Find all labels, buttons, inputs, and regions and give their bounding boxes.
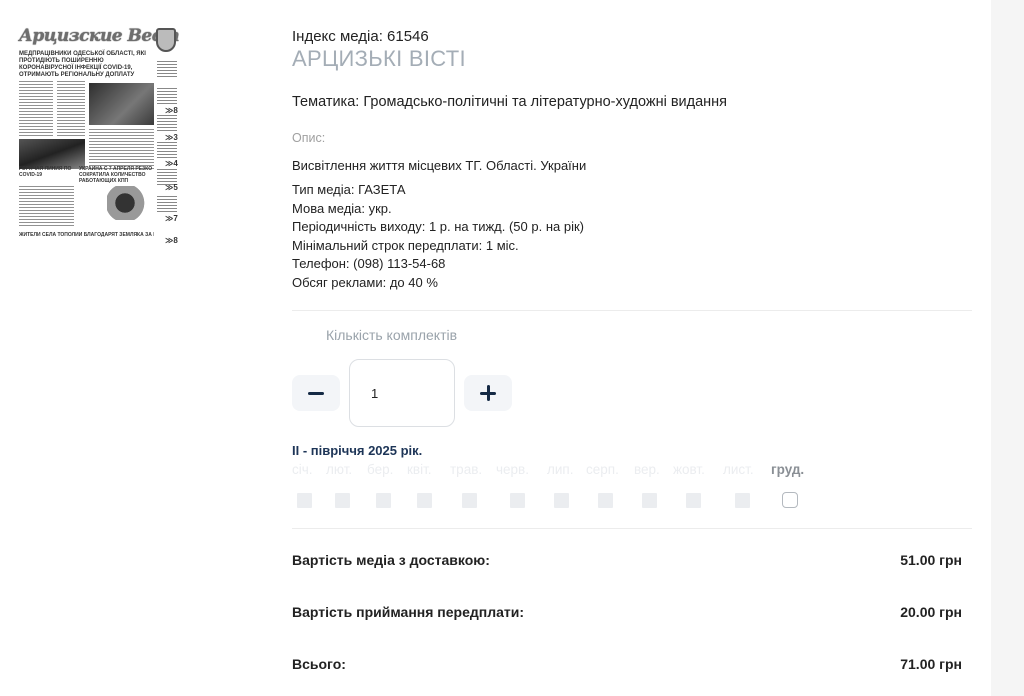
month-selector: січ.лют.бер.квіт.трав.черв.лип.серп.вер.… — [292, 462, 832, 512]
month-label: січ. — [292, 462, 313, 477]
month-checkbox — [554, 493, 569, 508]
right-gutter — [991, 0, 1024, 696]
media-title: АРЦИЗЬКІ ВІСТІ — [292, 46, 466, 72]
subscription-period: II - півріччя 2025 рік. — [292, 443, 422, 458]
description-label: Опис: — [292, 131, 325, 145]
month-checkbox — [598, 493, 613, 508]
cover-page-ref: ≫8 — [165, 106, 178, 115]
divider — [292, 310, 972, 311]
cover-page-ref: ≫5 — [165, 183, 178, 192]
cover-bottom-headline: Жители села Тополии благодарят земляка з… — [19, 232, 154, 238]
month-checkbox — [417, 493, 432, 508]
month-checkbox — [686, 493, 701, 508]
cost-value: 20.00 грн — [900, 604, 962, 620]
cost-label: Вартість медіа з доставкою: — [292, 552, 490, 568]
property-language: Мова медіа: укр. — [292, 200, 584, 219]
month-checkbox[interactable] — [782, 492, 798, 508]
cover-page-ref: ≫7 — [165, 214, 178, 223]
newspaper-cover-image: Арцизские Вести Медпрацівники Одеської о… — [17, 26, 179, 246]
increment-button[interactable] — [464, 375, 512, 411]
description-text: Висвітлення життя місцевих ТГ. Області. … — [292, 158, 586, 173]
cover-page-ref: ≫4 — [165, 159, 178, 168]
month-label: черв. — [496, 462, 529, 477]
cover-section-1: Горячая линия по COVID-19 — [19, 166, 74, 178]
month-label: бер. — [367, 462, 393, 477]
month-checkbox — [510, 493, 525, 508]
month-checkbox — [297, 493, 312, 508]
month-label: груд. — [771, 462, 804, 477]
cover-masthead: Арцизские Вести — [19, 26, 157, 48]
cover-page-ref: ≫8 — [165, 236, 178, 245]
property-periodicity: Періодичність виходу: 1 р. на тижд. (50 … — [292, 218, 584, 237]
decrement-button[interactable] — [292, 375, 340, 411]
property-min-term: Мінімальний строк передплати: 1 міс. — [292, 237, 584, 256]
cost-media-delivery: Вартість медіа з доставкою: 51.00 грн — [292, 552, 962, 568]
media-properties: Тип медіа: ГАЗЕТА Мова медіа: укр. Періо… — [292, 181, 584, 293]
cover-page-ref: ≫3 — [165, 133, 178, 142]
quantity-label: Кількість комплектів — [326, 327, 457, 343]
month-label: лют. — [326, 462, 352, 477]
month-label: жовт. — [673, 462, 705, 477]
property-phone: Телефон: (098) 113-54-68 — [292, 255, 584, 274]
cost-value: 51.00 грн — [900, 552, 962, 568]
minus-icon — [308, 392, 324, 395]
month-checkbox — [735, 493, 750, 508]
month-label: серп. — [586, 462, 619, 477]
month-checkbox — [462, 493, 477, 508]
media-topic: Тематика: Громадсько-політичні та літера… — [292, 94, 727, 110]
cover-section-2: Украина с 7 апреля резко сократила колич… — [79, 166, 154, 184]
plus-icon — [480, 385, 496, 401]
total-value: 71.00 грн — [900, 656, 962, 672]
cost-acceptance: Вартість приймання передплати: 20.00 грн — [292, 604, 962, 620]
property-media-type: Тип медіа: ГАЗЕТА — [292, 181, 584, 200]
cover-headline: Медпрацівники Одеської області, які прот… — [19, 51, 154, 79]
divider — [292, 528, 972, 529]
month-label: лип. — [547, 462, 573, 477]
property-ad-volume: Обсяг реклами: до 40 % — [292, 274, 584, 293]
month-checkbox — [642, 493, 657, 508]
total-label: Всього: — [292, 656, 346, 672]
cost-label: Вартість приймання передплати: — [292, 604, 524, 620]
month-label: лист. — [723, 462, 754, 477]
month-label: квіт. — [407, 462, 432, 477]
coat-of-arms-icon — [156, 28, 176, 52]
media-index: Індекс медіа: 61546 — [292, 28, 429, 45]
month-label: трав. — [450, 462, 482, 477]
cost-total: Всього: 71.00 грн — [292, 656, 962, 672]
month-checkbox — [335, 493, 350, 508]
month-label: вер. — [634, 462, 660, 477]
month-checkbox — [376, 493, 391, 508]
quantity-input[interactable] — [349, 359, 455, 427]
